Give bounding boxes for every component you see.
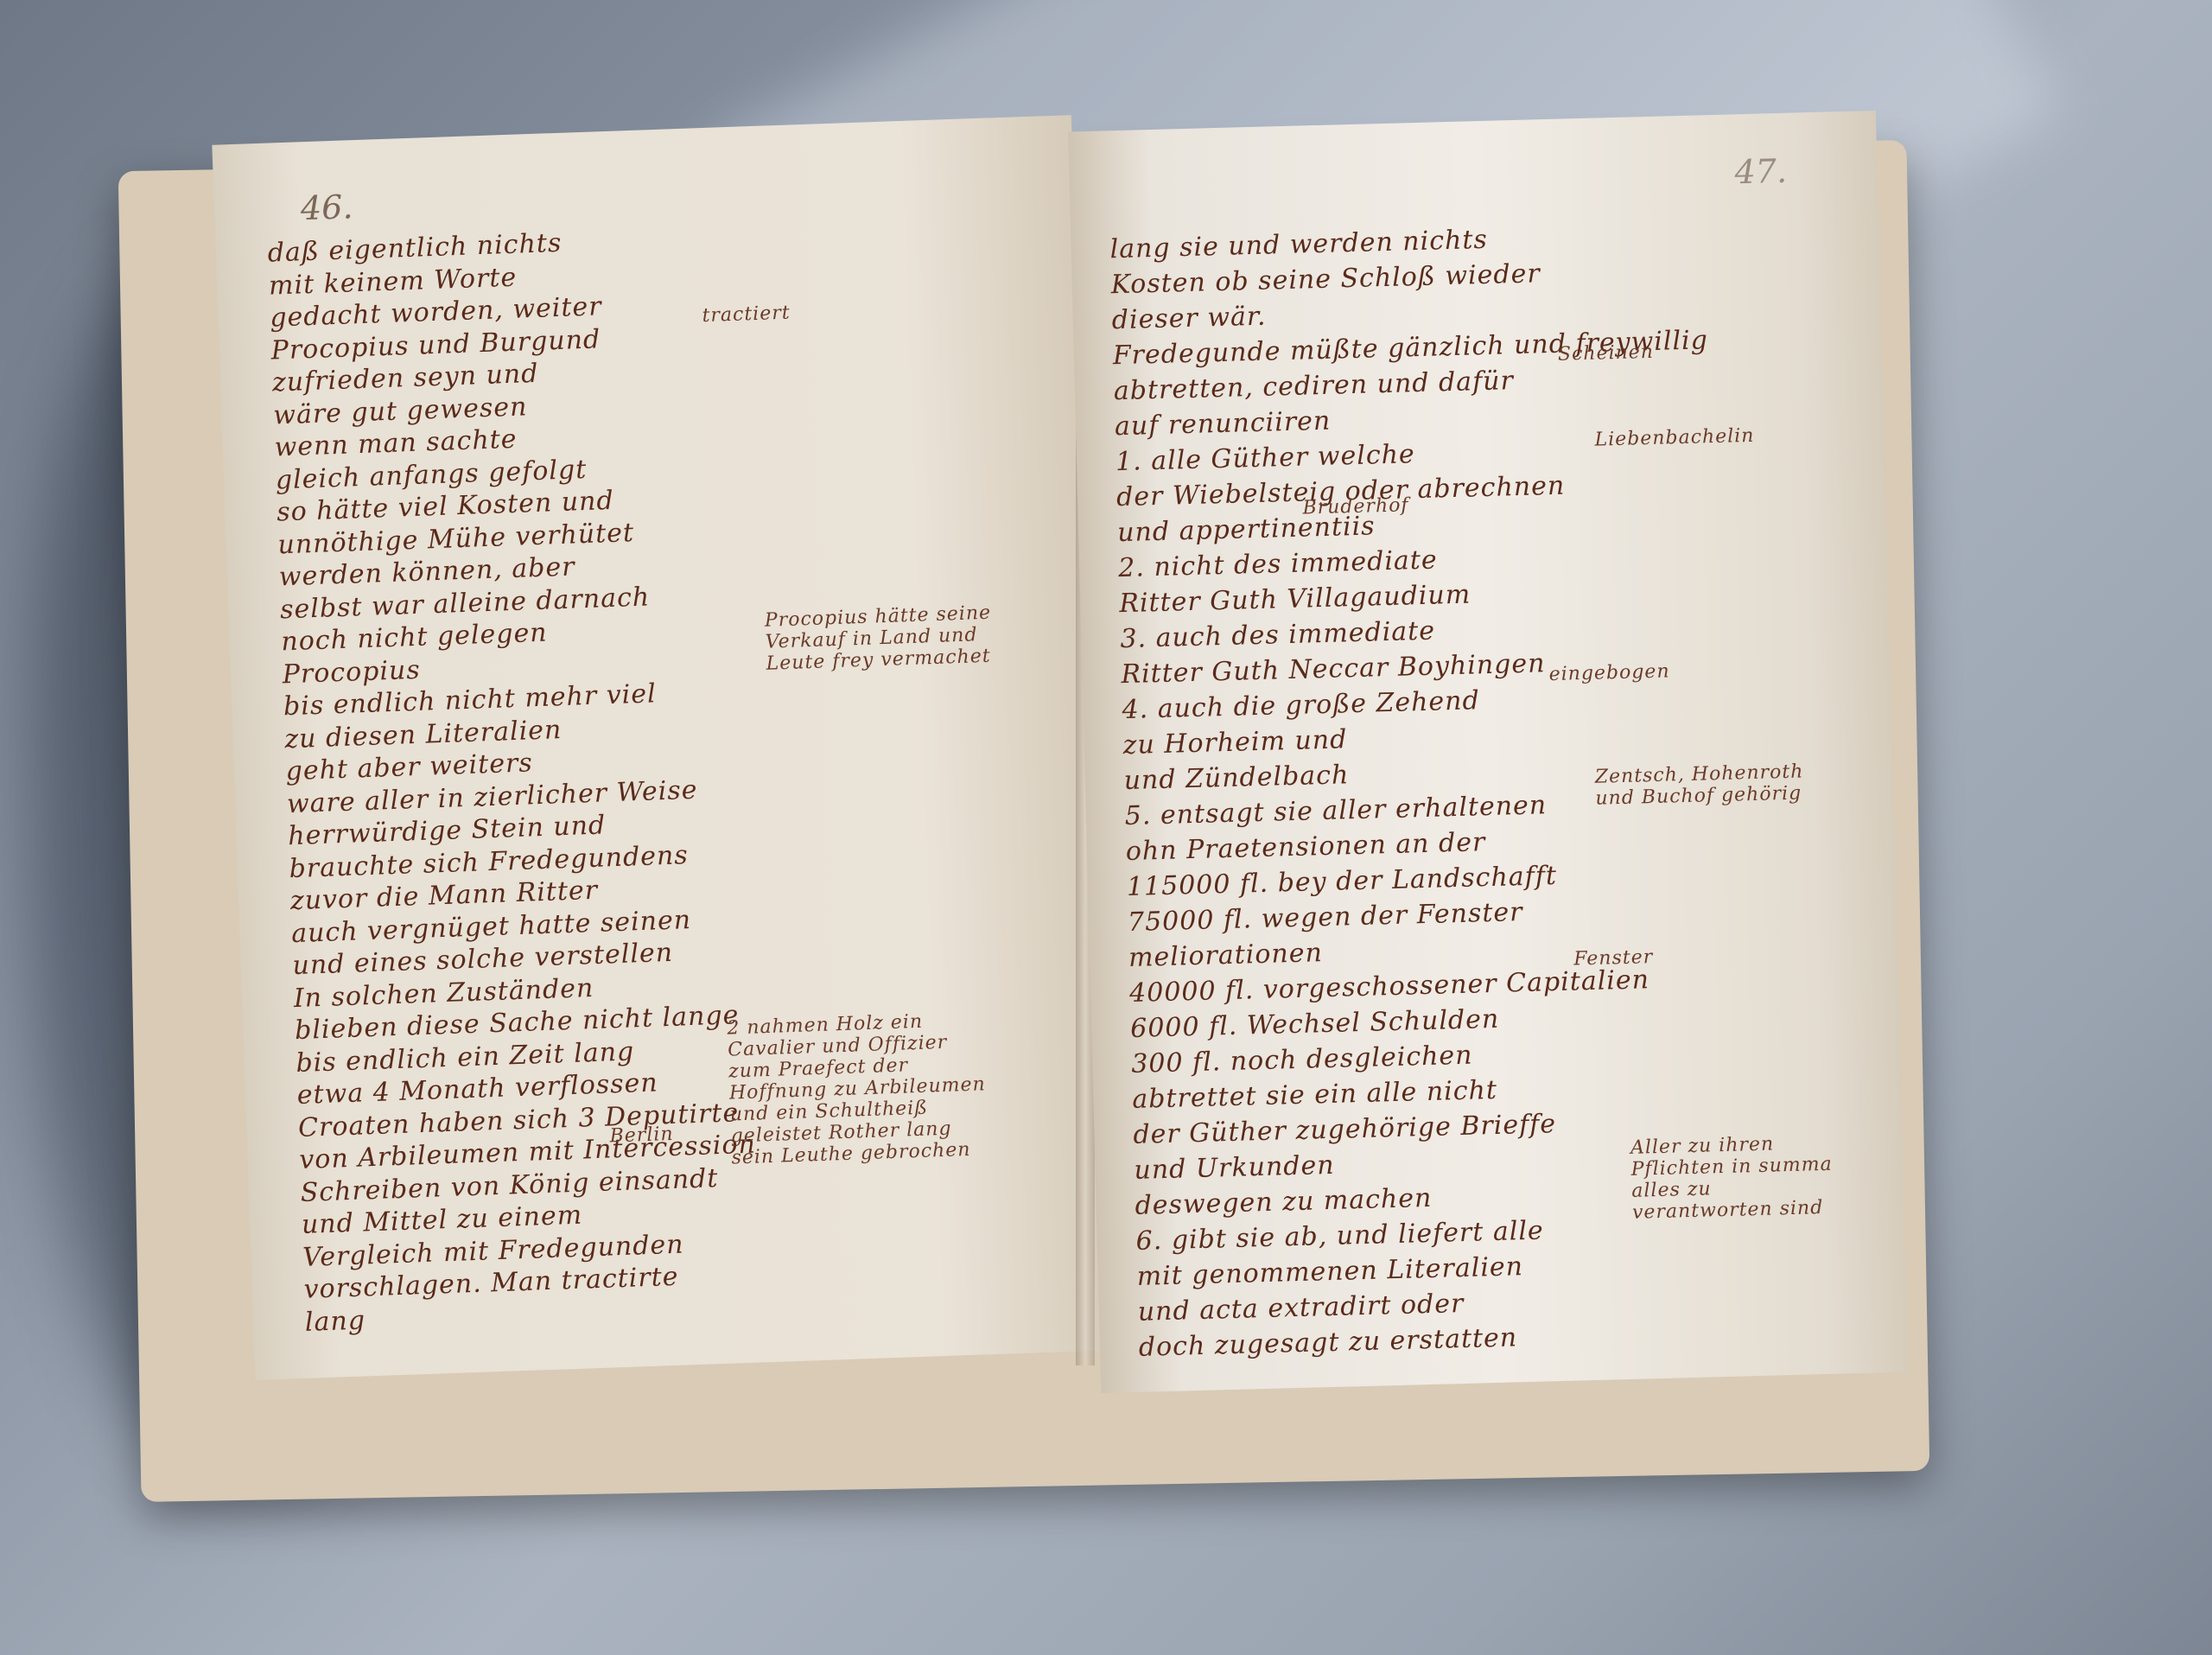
handwritten-line: 300 fl. noch desgleichen — [1131, 1041, 1473, 1079]
handwritten-line: meliorationen — [1128, 938, 1324, 973]
margin-note: Bruderhof — [1302, 493, 1476, 519]
handwritten-line: lang — [304, 1305, 365, 1337]
handwritten-line: Ritter Guth Villagaudium — [1119, 579, 1471, 619]
handwritten-line: abtretten, cediren und dafür — [1113, 366, 1514, 406]
handwritten-line: 6. gibt sie ab, und liefert alle — [1135, 1216, 1544, 1257]
handwritten-line: doch zugesagt zu erstatten — [1138, 1322, 1517, 1362]
handwritten-line: mit genommenen Literalien — [1136, 1251, 1523, 1292]
handwritten-line: und acta extradirt oder — [1137, 1289, 1464, 1327]
handwritten-line: 115000 fl. bey der Landschafft — [1126, 861, 1557, 902]
handwritten-line: 75000 fl. wegen der Fenster — [1128, 897, 1523, 938]
handwritten-line: der Güther zugehörige Brieffe — [1133, 1109, 1556, 1150]
left-page: 46. daß eigentlich nichtsmit keinem Wort… — [212, 115, 1114, 1380]
margin-note: eingebogen — [1548, 659, 1722, 685]
margin-note: Berlin — [609, 1122, 714, 1147]
handwritten-line: 2. nicht des immediate — [1118, 544, 1438, 583]
handwritten-line: 40000 fl. vorgeschossener Capitalien — [1129, 964, 1650, 1009]
handwritten-line: 6000 fl. Wechsel Schulden — [1130, 1004, 1500, 1044]
margin-note: Aller zu ihren Pflichten in summa alles … — [1630, 1131, 1858, 1224]
handwritten-line: 1. alle Güther welche — [1116, 439, 1416, 477]
handwritten-line: und Zündelbach — [1123, 760, 1349, 796]
handwritten-line: lang sie und werden nichts — [1109, 225, 1488, 264]
margin-note: Scheinen — [1558, 340, 1732, 366]
margin-note: Liebenbachelin — [1594, 423, 1811, 451]
margin-note: Procopius hätte seine Verkauf in Land un… — [765, 601, 1026, 674]
handwritten-line: Procopius — [282, 654, 421, 690]
right-page: 47. lang sie und werden nichtsKosten ob … — [1068, 111, 1909, 1393]
handwritten-line: Kosten ob seine Schloß wieder — [1110, 258, 1541, 300]
page-number: 46. — [300, 188, 353, 227]
handwritten-line: auf renunciiren — [1115, 406, 1332, 442]
handwritten-line: daß eigentlich nichts — [267, 228, 563, 269]
handwritten-line: und Urkunden — [1134, 1150, 1335, 1186]
margin-note: tractiert — [702, 300, 858, 327]
handwritten-line: Ritter Guth Neccar Boyhingen — [1121, 648, 1546, 690]
margin-note: 2 nahmen Holz ein Cavalier und Offizier … — [727, 1009, 991, 1168]
handwritten-line: abtrettet sie ein alle nicht — [1132, 1075, 1497, 1115]
handwritten-line: dieser wär. — [1111, 302, 1267, 336]
handwritten-line: 5. entsagt sie aller erhaltenen — [1124, 790, 1547, 831]
handwritten-line: 4. auch die große Zehend — [1122, 685, 1480, 725]
margin-note: Fenster — [1573, 945, 1704, 971]
margin-note: Zentsch, Hohenroth und Buchof gehörig — [1594, 761, 1811, 810]
handwritten-line: zu Horheim und — [1122, 724, 1348, 761]
handwritten-line: ohn Praetensionen an der — [1125, 827, 1485, 867]
handwritten-line: deswegen zu machen — [1135, 1183, 1433, 1221]
handwritten-line: noch nicht gelegen — [281, 618, 548, 658]
page-number: 47. — [1734, 152, 1788, 192]
handwritten-line: 3. auch des immediate — [1120, 616, 1435, 655]
